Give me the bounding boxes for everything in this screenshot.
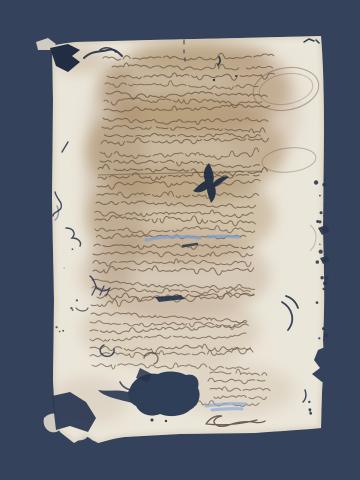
speckle bbox=[319, 244, 320, 245]
speckle bbox=[62, 330, 64, 332]
speckle bbox=[314, 180, 318, 184]
speckle bbox=[72, 309, 74, 311]
speckle bbox=[323, 288, 325, 290]
speckle bbox=[322, 327, 325, 330]
speckle bbox=[64, 267, 65, 268]
speckle bbox=[324, 178, 326, 180]
speckle bbox=[308, 401, 310, 403]
speckle bbox=[325, 226, 327, 228]
speckle bbox=[316, 260, 319, 263]
speckle bbox=[316, 220, 319, 223]
speckle bbox=[320, 211, 323, 214]
speckle bbox=[320, 276, 323, 279]
stain-patch bbox=[80, 290, 260, 370]
speckle bbox=[323, 259, 325, 261]
speckle bbox=[323, 281, 327, 285]
manuscript-scene bbox=[0, 0, 360, 480]
speckle bbox=[322, 183, 326, 187]
in-text-dot-1 bbox=[213, 79, 215, 81]
speckle bbox=[323, 215, 325, 217]
speckle bbox=[309, 410, 311, 412]
speckle bbox=[309, 412, 312, 415]
speckle bbox=[324, 333, 328, 337]
under-hole-dot-1 bbox=[151, 419, 154, 422]
manuscript-photo bbox=[0, 0, 360, 480]
speckle bbox=[59, 331, 61, 333]
speckle bbox=[319, 250, 323, 254]
speckle bbox=[70, 307, 72, 309]
speckle bbox=[76, 299, 78, 301]
speckle bbox=[56, 326, 58, 328]
speckle bbox=[325, 204, 327, 206]
speckle bbox=[318, 337, 320, 339]
stain-patch bbox=[85, 60, 145, 300]
speckle bbox=[316, 301, 319, 304]
in-text-dot-2 bbox=[235, 75, 237, 77]
speckle bbox=[322, 229, 324, 231]
speckle bbox=[319, 195, 321, 197]
speckle bbox=[325, 276, 329, 280]
under-hole-dot-2 bbox=[165, 420, 167, 422]
speckle bbox=[72, 248, 74, 250]
